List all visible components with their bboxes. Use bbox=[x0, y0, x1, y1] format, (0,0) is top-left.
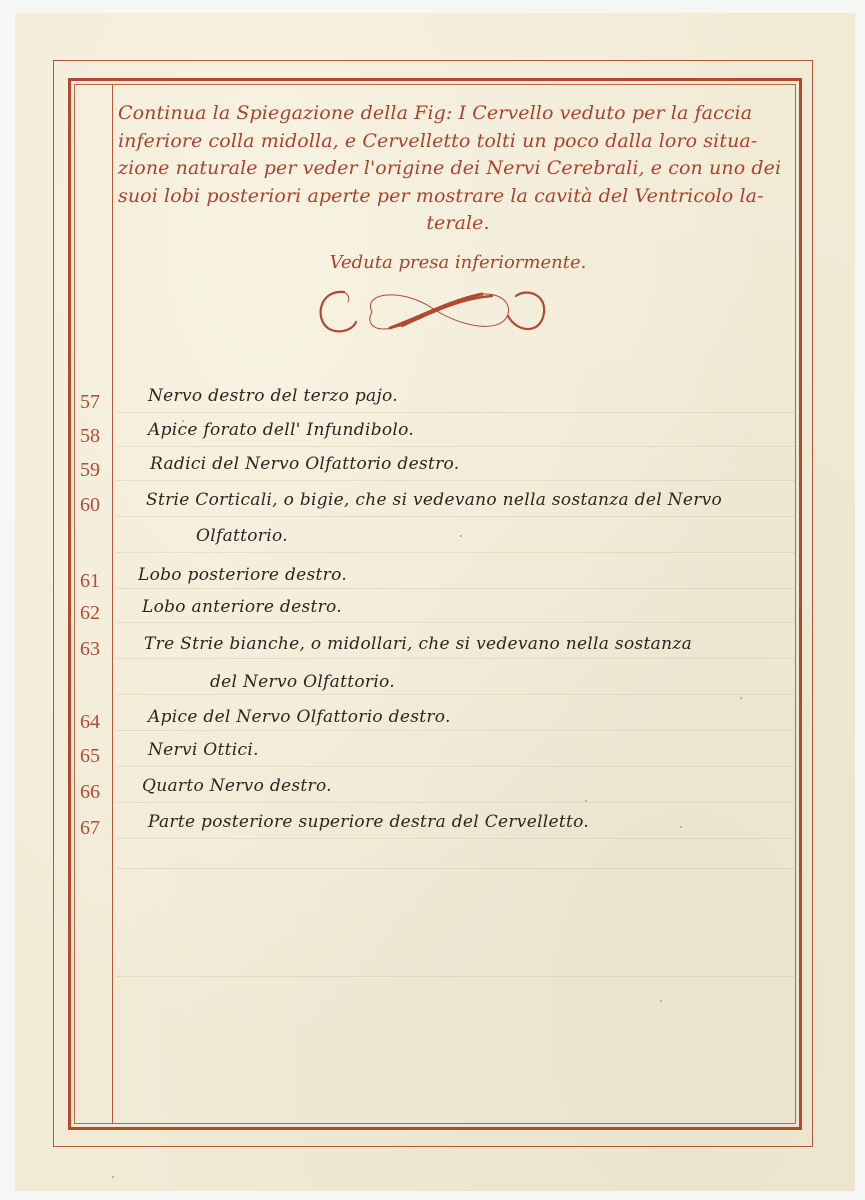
ruled-line bbox=[115, 622, 795, 623]
entry-number: 58 bbox=[80, 425, 110, 448]
entry-number: 61 bbox=[80, 570, 110, 593]
ruled-line bbox=[115, 412, 795, 413]
header-line: suoi lobi posteriori aperte per mostrare… bbox=[118, 183, 798, 211]
entry-number: 66 bbox=[80, 781, 110, 804]
ruled-line bbox=[115, 694, 795, 695]
ruled-line bbox=[115, 446, 795, 447]
page-subtitle: Veduta presa inferiormente. bbox=[118, 252, 798, 273]
entry-text: Lobo posteriore destro. bbox=[138, 565, 347, 585]
entry-number: 59 bbox=[80, 459, 110, 482]
entry-text: Radici del Nervo Olfattorio destro. bbox=[150, 454, 459, 474]
margin-rule-line bbox=[112, 84, 113, 1124]
entry-text: Parte posteriore superiore destra del Ce… bbox=[148, 812, 589, 832]
entry-number: 57 bbox=[80, 391, 110, 414]
ruled-line bbox=[115, 838, 795, 839]
ruled-line bbox=[115, 730, 795, 731]
ruled-line bbox=[115, 766, 795, 767]
entry-number: 62 bbox=[80, 602, 110, 625]
paper-speck bbox=[660, 1000, 662, 1002]
header-line: terale. bbox=[118, 210, 798, 238]
header-line: zione naturale per veder l'origine dei N… bbox=[118, 155, 798, 183]
header-line: Continua la Spiegazione della Fig: I Cer… bbox=[118, 100, 798, 128]
ruled-line bbox=[115, 658, 795, 659]
entry-text: Nervo destro del terzo pajo. bbox=[148, 386, 398, 406]
paper-speck bbox=[680, 826, 682, 828]
entry-text: Tre Strie bianche, o midollari, che si v… bbox=[144, 634, 692, 654]
paper-speck bbox=[740, 697, 742, 699]
ruled-line bbox=[115, 480, 795, 481]
paper-speck bbox=[585, 800, 587, 802]
entry-text-continuation: del Nervo Olfattorio. bbox=[210, 672, 395, 692]
entry-number: 60 bbox=[80, 494, 110, 517]
entry-text: Strie Corticali, o bigie, che si vedevan… bbox=[146, 490, 722, 510]
ruled-line bbox=[115, 976, 795, 977]
page-header: Continua la Spiegazione della Fig: I Cer… bbox=[118, 100, 798, 238]
entry-text: Quarto Nervo destro. bbox=[142, 776, 332, 796]
entry-text: Apice del Nervo Olfattorio destro. bbox=[148, 707, 451, 727]
header-line: inferiore colla midolla, e Cervelletto t… bbox=[118, 128, 798, 156]
ruled-line bbox=[115, 552, 795, 553]
paper-speck bbox=[460, 535, 462, 537]
entry-text: Lobo anteriore destro. bbox=[142, 597, 342, 617]
ruled-line bbox=[115, 588, 795, 589]
paper-speck bbox=[182, 420, 184, 422]
entry-text: Apice forato dell' Infundibolo. bbox=[148, 420, 414, 440]
entry-text-continuation: Olfattorio. bbox=[196, 526, 288, 546]
entry-number: 67 bbox=[80, 817, 110, 840]
entry-number: 65 bbox=[80, 745, 110, 768]
paper-speck bbox=[112, 1176, 114, 1178]
ruled-line bbox=[115, 802, 795, 803]
entry-number: 63 bbox=[80, 638, 110, 661]
ruled-line bbox=[115, 516, 795, 517]
flourish-icon bbox=[312, 282, 552, 340]
ruled-line bbox=[115, 868, 795, 869]
entry-text: Nervi Ottici. bbox=[148, 740, 259, 760]
entry-number: 64 bbox=[80, 711, 110, 734]
